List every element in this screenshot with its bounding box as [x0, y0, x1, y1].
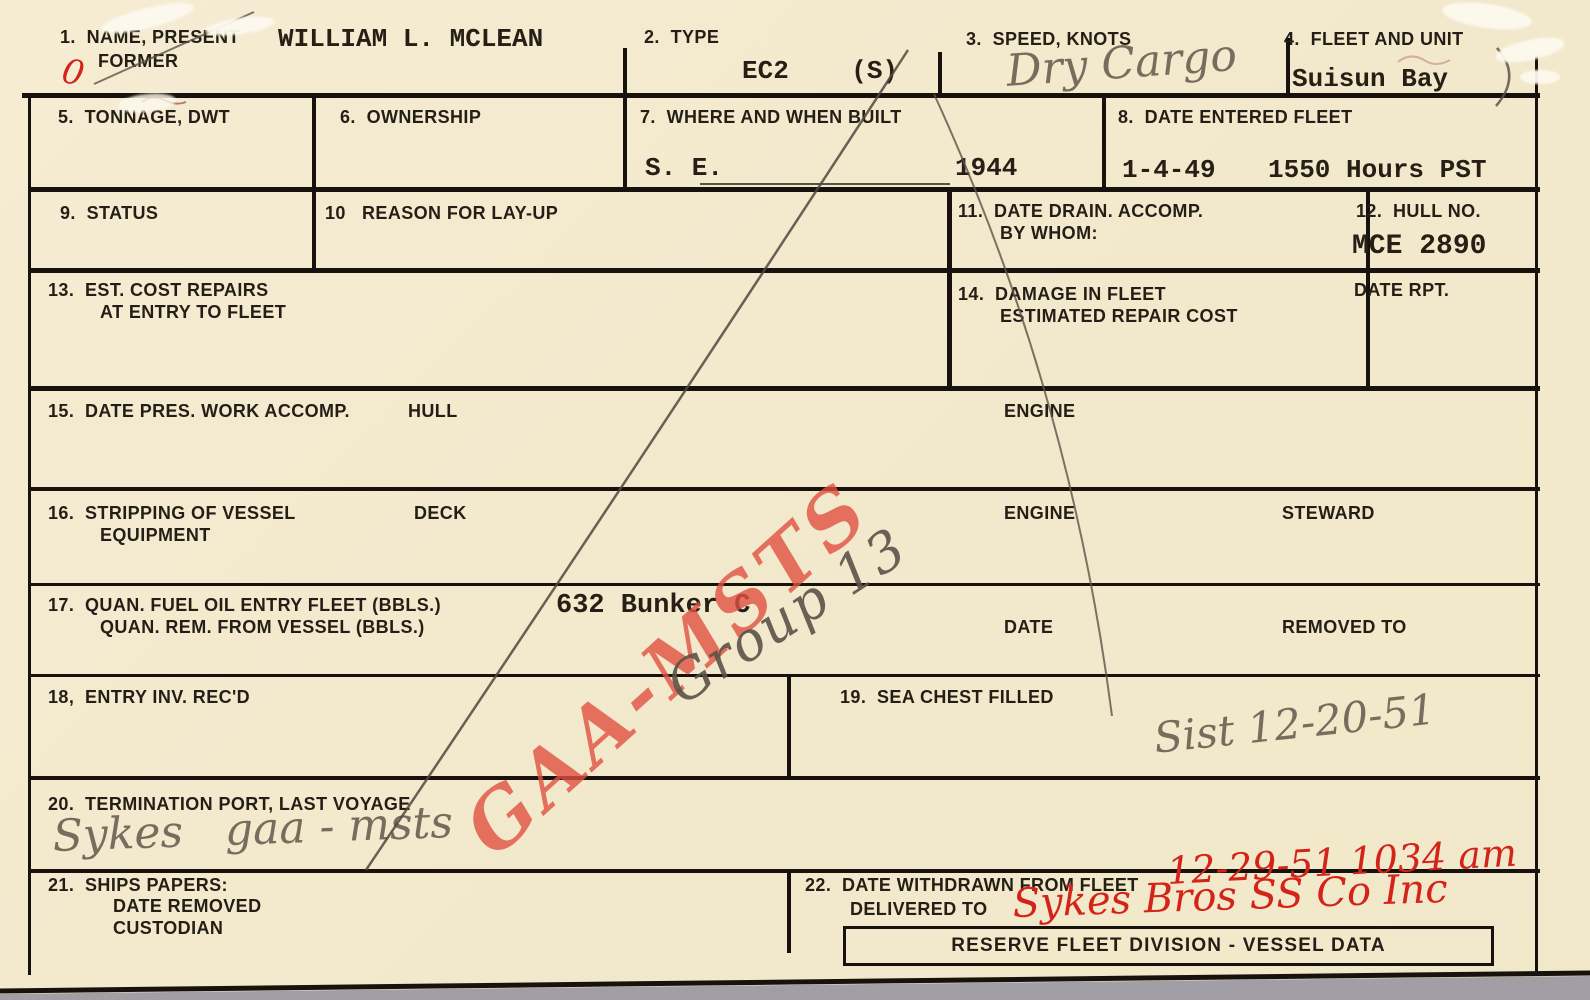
field-19-handwritten: Sist 12-20-51	[1152, 688, 1438, 759]
scanner-background	[0, 976, 1590, 1000]
banner-title: RESERVE FLEET DIVISION - VESSEL DATA	[951, 935, 1386, 957]
field-14-date-rpt-label: DATE RPT.	[1354, 281, 1449, 299]
field-6-label: 6. OWNERSHIP	[340, 108, 481, 126]
rule-v-box22-left	[787, 871, 791, 953]
fill-line-built	[700, 183, 950, 185]
field-15-engine-label: ENGINE	[1004, 402, 1075, 420]
rule-v-box1-right	[623, 48, 627, 190]
field-7-label: 7. WHERE AND WHEN BUILT	[640, 108, 902, 126]
field-15-hull-label: HULL	[408, 402, 458, 420]
rule-v-card-left	[28, 97, 31, 975]
field-11-label: 11. DATE DRAIN. ACCOMP.	[958, 202, 1203, 220]
rule-v-card-right	[1535, 55, 1538, 975]
rule-h7	[28, 674, 1540, 677]
rule-v-box10-right	[947, 190, 952, 390]
field-17-line2: QUAN. REM. FROM VESSEL (BBLS.)	[100, 618, 425, 636]
field-16-deck-label: DECK	[414, 504, 467, 522]
field-21-line1: 21. SHIPS PAPERS:	[48, 876, 228, 894]
rule-h8	[28, 776, 1540, 780]
field-8-date: 1-4-49	[1122, 157, 1216, 183]
field-4-value: Suisun Bay	[1292, 66, 1448, 92]
rule-v-box5-right	[312, 97, 316, 272]
field-17-removed-label: REMOVED TO	[1282, 618, 1407, 636]
field-16-engine-label: ENGINE	[1004, 504, 1075, 522]
rule-h3	[28, 268, 1540, 273]
field-4-label: 4. FLEET AND UNIT	[1284, 30, 1464, 48]
field-2-label: 2. TYPE	[644, 28, 719, 46]
banner-box: RESERVE FLEET DIVISION - VESSEL DATA	[843, 926, 1494, 966]
faint-scuff-mark	[1398, 56, 1450, 64]
field-2-value: EC2 (S)	[742, 58, 898, 84]
rule-v-box7-right	[1102, 97, 1106, 190]
field-16-line2: EQUIPMENT	[100, 526, 211, 544]
field-20-handwritten: Sykes gaa - msts	[52, 801, 454, 859]
field-13-line2: AT ENTRY TO FLEET	[100, 303, 286, 321]
field-11-bywhom-label: BY WHOM:	[1000, 224, 1098, 242]
field-17-line1: 17. QUAN. FUEL OIL ENTRY FLEET (BBLS.)	[48, 596, 441, 614]
field-19-label: 19. SEA CHEST FILLED	[840, 688, 1054, 706]
field-21-line3: CUSTODIAN	[113, 919, 223, 937]
rule-v-box18-right	[787, 674, 791, 778]
field-12-value: MCE 2890	[1352, 233, 1486, 261]
field-14-line2: ESTIMATED REPAIR COST	[1000, 307, 1238, 325]
field-10-label: 10 REASON FOR LAY-UP	[325, 204, 558, 222]
field-9-label: 9. STATUS	[60, 204, 158, 222]
field-14-line1: 14. DAMAGE IN FLEET	[958, 285, 1166, 303]
damage-spot-topright-3	[1520, 70, 1560, 84]
field-7-year: 1944	[955, 155, 1017, 181]
card-bottom-edge	[0, 973, 1590, 991]
red-circle-mark: 0	[59, 54, 87, 92]
field-13-line1: 13. EST. COST REPAIRS	[48, 281, 269, 299]
field-17-date-label: DATE	[1004, 618, 1053, 636]
field-1-former-label: FORMER	[98, 52, 178, 70]
rule-h5	[28, 487, 1540, 491]
field-22-delivered-label: DELIVERED TO	[850, 900, 988, 918]
field-12-label: 12. HULL NO.	[1356, 202, 1481, 220]
field-21-line2: DATE REMOVED	[113, 897, 261, 915]
damage-spot-topright-2	[1494, 33, 1567, 67]
field-16-line1: 16. STRIPPING OF VESSEL	[48, 504, 296, 522]
field-8-label: 8. DATE ENTERED FLEET	[1118, 108, 1353, 126]
field-8-time: 1550 Hours PST	[1268, 157, 1486, 183]
vessel-data-card: 1. NAME, PRESENT WILLIAM L. MCLEAN FORME…	[0, 0, 1590, 1000]
field-16-steward-label: STEWARD	[1282, 504, 1375, 522]
rule-h4	[28, 386, 1540, 391]
field-7-place: S. E.	[645, 155, 723, 181]
field-3-handwritten: Dry Cargo	[1005, 34, 1238, 94]
rule-h2	[28, 187, 1540, 192]
field-1-value: WILLIAM L. MCLEAN	[278, 26, 543, 52]
field-15-label: 15. DATE PRES. WORK ACCOMP.	[48, 402, 350, 420]
rule-v-box2-right	[938, 52, 942, 97]
field-18-label: 18, ENTRY INV. REC'D	[48, 688, 250, 706]
damage-spot-topleft-2	[204, 13, 276, 39]
